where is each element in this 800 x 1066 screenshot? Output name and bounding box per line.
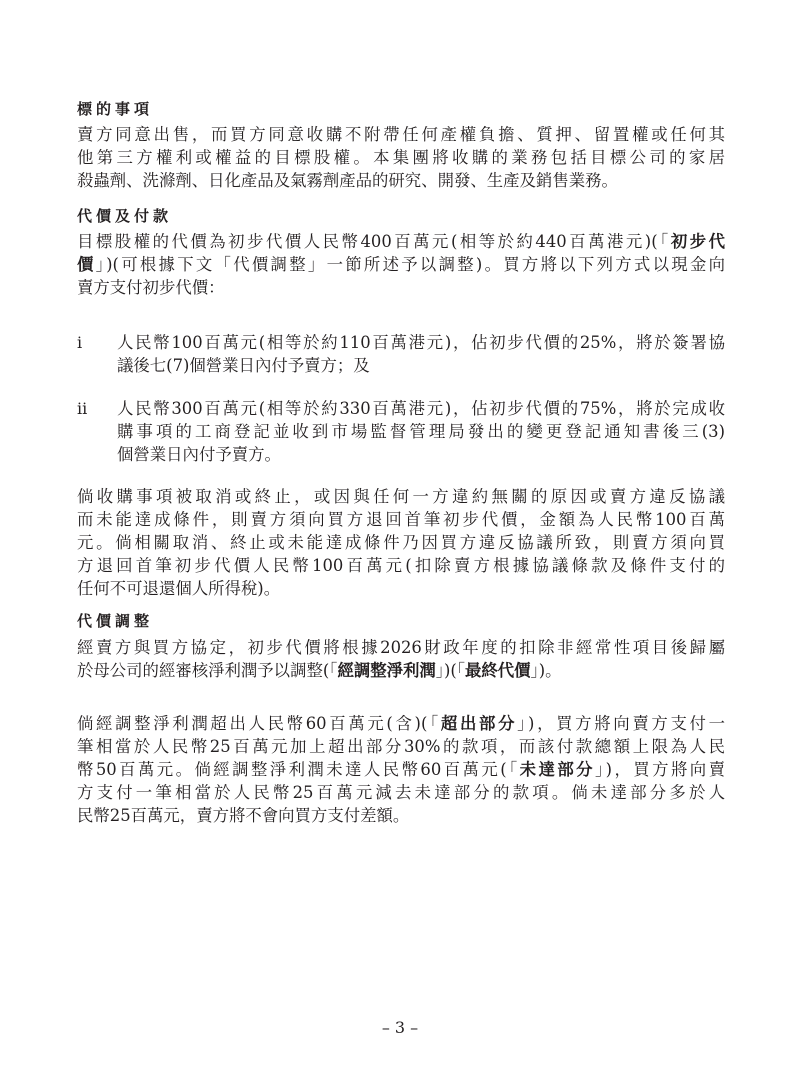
defined-term: 初步代 <box>671 232 725 251</box>
text-line: 而未能達成條件，則賣方須向買方退回首筆初步代價，金額為人民幣100百萬 <box>77 508 725 531</box>
text-line: 賣方支付初步代價： <box>77 276 725 299</box>
section-heading-subject-matter: 標的事項 <box>77 98 153 119</box>
paragraph-consideration: 目標股權的代價為初步代價人民幣400百萬元(相等於約440百萬港元)(「初步代 … <box>77 230 725 299</box>
text-line: 幣50百萬元。倘經調整淨利潤未達人民幣60百萬元(「未達部分」)，買方將向賣 <box>77 758 725 781</box>
defined-term: 價 <box>77 255 96 274</box>
paragraph-refund: 倘收購事項被取消或終止，或因與任何一方違約無關的原因或賣方違反協議 而未能達成條… <box>77 485 725 600</box>
text-line: 任何不可退還個人所得稅)。 <box>77 577 725 600</box>
text-line: 筆相當於人民幣25百萬元加上超出部分30%的款項，而該付款總額上限為人民 <box>77 735 725 758</box>
paragraph-adjustment: 經賣方與買方協定，初步代價將根據2026財政年度的扣除非經常性項目後歸屬 於母公… <box>77 636 725 682</box>
text-line: 人民幣300百萬元(相等於約330百萬港元)，佔初步代價的75%，將於完成收 <box>117 397 725 420</box>
section-heading-consideration-adjustment: 代價調整 <box>77 610 153 631</box>
text-line: 個營業日內付予賣方。 <box>117 443 725 466</box>
text-line: 於母公司的經審核淨利潤予以調整(「經調整淨利潤」)(「最終代價」)。 <box>77 659 725 682</box>
text-line: 人民幣100百萬元(相等於約110百萬港元)，佔初步代價的25%，將於簽署協 <box>117 331 725 354</box>
text-line: 民幣25百萬元，賣方將不會向買方支付差額。 <box>77 804 725 827</box>
text-line: 經賣方與買方協定，初步代價將根據2026財政年度的扣除非經常性項目後歸屬 <box>77 636 725 659</box>
text-line: 他第三方權利或權益的目標股權。本集團將收購的業務包括目標公司的家居 <box>77 146 725 169</box>
defined-term: 最終代價 <box>465 661 531 680</box>
text-line: 目標股權的代價為初步代價人民幣400百萬元(相等於約440百萬港元)(「初步代 <box>77 230 725 253</box>
paragraph-subject-matter: 賣方同意出售，而買方同意收購不附帶任何產權負擔、質押、留置權或任何其 他第三方權… <box>77 123 725 192</box>
text-line: 賣方同意出售，而買方同意收購不附帶任何產權負擔、質押、留置權或任何其 <box>77 123 725 146</box>
section-heading-consideration-payment: 代價及付款 <box>77 205 172 226</box>
defined-term: 未達部分 <box>520 760 595 779</box>
defined-term: 經調整淨利潤 <box>337 661 435 680</box>
text-line: 倘經調整淨利潤超出人民幣60百萬元(含)(「超出部分」)，買方將向賣方支付一 <box>77 712 725 735</box>
text-line: 方支付一筆相當於人民幣25百萬元減去未達部分的款項。倘未達部分多於人 <box>77 781 725 804</box>
text-line: 價」)(可根據下文「代價調整」一節所述予以調整)。買方將以下列方式以現金向 <box>77 253 725 276</box>
defined-term: 超出部分 <box>441 714 517 733</box>
text-line: 元。倘相關取消、終止或未能達成條件乃因買方違反協議所致，則賣方須向買 <box>77 531 725 554</box>
list-marker: ii <box>77 397 87 420</box>
paragraph-excess-shortfall: 倘經調整淨利潤超出人民幣60百萬元(含)(「超出部分」)，買方將向賣方支付一 筆… <box>77 712 725 827</box>
text-line: 議後七(7)個營業日內付予賣方；及 <box>117 354 725 377</box>
list-marker: i <box>77 331 82 354</box>
text-line: 殺蟲劑、洗滌劑、日化產品及氣霧劑產品的研究、開發、生產及銷售業務。 <box>77 169 725 192</box>
page-number: – 3 – <box>0 1018 800 1037</box>
text-line: 倘收購事項被取消或終止，或因與任何一方違約無關的原因或賣方違反協議 <box>77 485 725 508</box>
text-line: 方退回首筆初步代價人民幣100百萬元(扣除賣方根據協議條款及條件支付的 <box>77 554 725 577</box>
text-line: 購事項的工商登記並收到市場監督管理局發出的變更登記通知書後三(3) <box>117 420 725 443</box>
